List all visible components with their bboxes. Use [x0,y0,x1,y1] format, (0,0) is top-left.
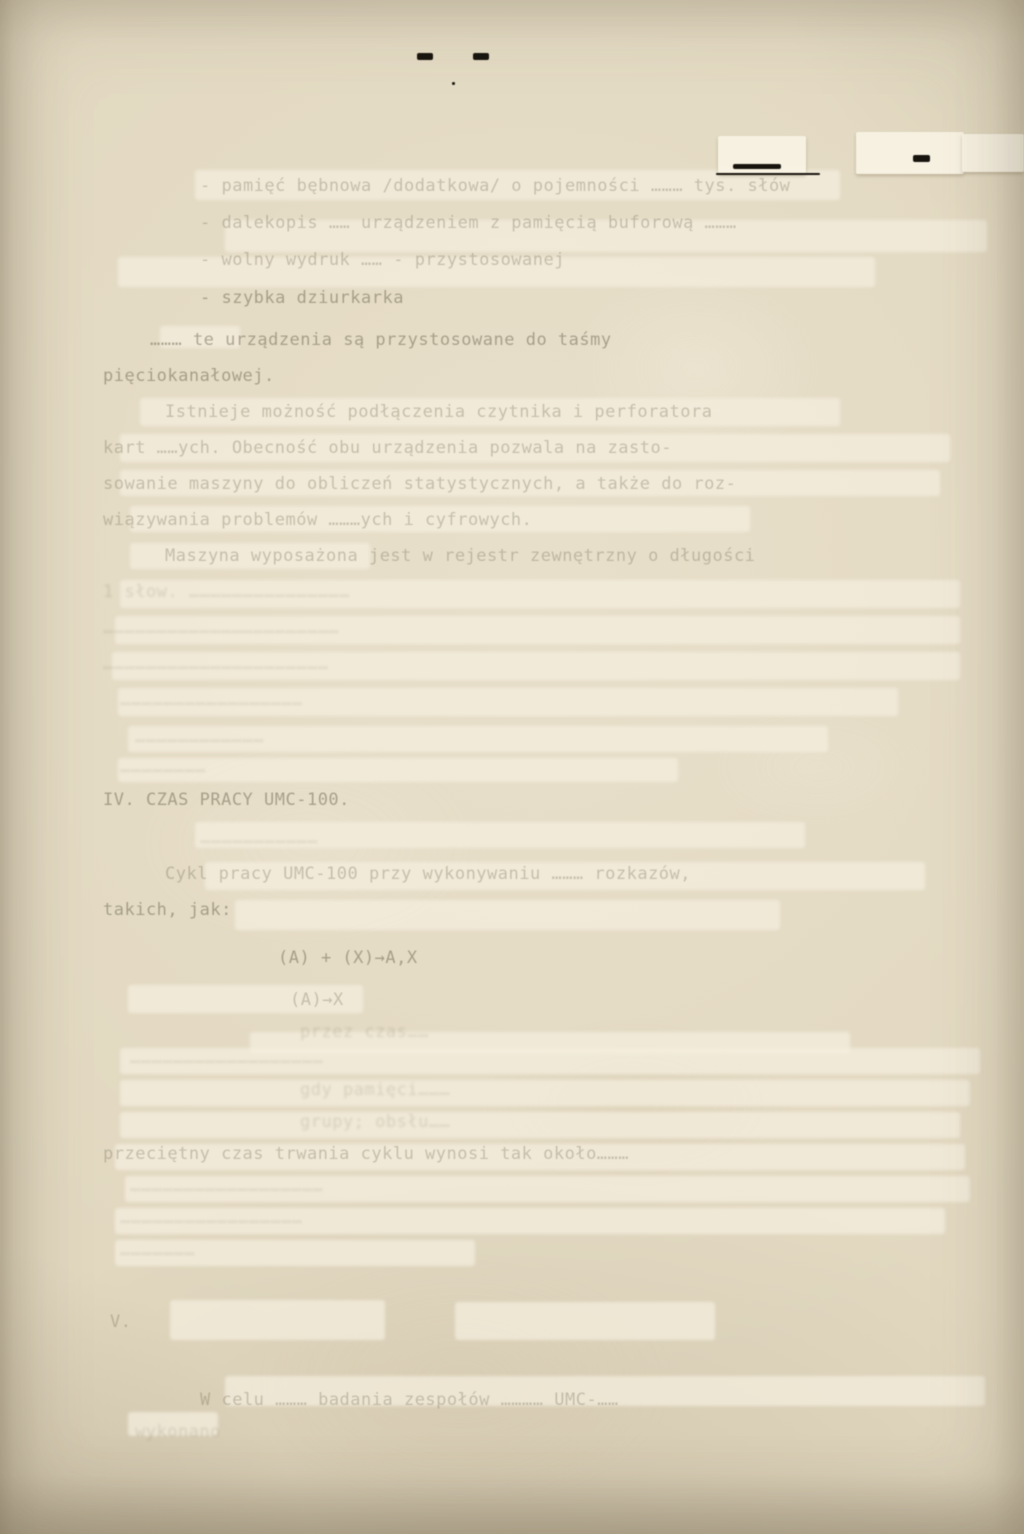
text-line: ……………………………………………… [130,1176,323,1196]
text-line: …………………………………………… [120,690,303,710]
text-line: ……………………………… [135,727,264,747]
text-line: Maszyna wyposażona jest w rejestr zewnęt… [165,546,755,566]
text-line: - szybka dziurkarka [200,288,404,308]
ghost-mark [170,1300,385,1340]
text-line: …………………… [120,757,206,777]
page-number-dash [417,53,433,60]
text-line: - wolny wydruk …… - przystosowanej [200,250,565,270]
ink-speck [452,82,455,85]
text-line: przeciętny czas trwania cyklu wynosi tak… [103,1144,629,1164]
text-line: Cykl pracy UMC-100 przy wykonywaniu ……… … [165,864,691,884]
ghost-mark [235,900,780,930]
ghost-mark [455,1302,715,1340]
correction-dash [733,164,781,169]
text-line: ………………………………………………………… [103,618,339,638]
correction-dash [913,155,930,162]
text-line: ……… te urządzenia są przystosowane do ta… [150,330,612,350]
text-line: takich, jak: [103,900,232,920]
text-line: V. [110,1312,131,1332]
text-line: sowanie maszyny do obliczeń statystyczny… [103,474,736,494]
text-line: …………………………………………… [120,1208,303,1228]
text-line: wiązywania problemów ………ych i cyfrowych. [103,510,532,530]
correction-dash [716,173,820,175]
text-line: (A) + (X)→A,X [278,948,418,968]
text-line: ………………… [120,1240,195,1260]
text-line: - dalekopis …… urządzeniem z pamięcią bu… [200,213,737,233]
text-line: gdy pamięci……… [300,1080,450,1100]
text-line: pięciokanałowej. [103,366,275,386]
text-line: przez czas…… [300,1022,429,1042]
text-line: ……………………………………………… [130,1048,323,1068]
text-line: kart ……ych. Obecność obu urządzenia pozw… [103,438,672,458]
text-line: W celu ……… badania zespołów ………… UMC-…… [200,1390,619,1410]
text-line: grupy; obsłu…… [300,1112,450,1132]
correction-patch [962,134,1024,172]
text-line: …………………………… [200,828,318,848]
page-number-dash [473,53,489,60]
document-scan-page: - pamięć bębnowa /dodatkowa/ o pojemnośc… [0,0,1024,1534]
text-line: (A)→X [290,990,344,1010]
ghost-mark [120,1080,970,1106]
text-line: IV. CZAS PRACY UMC-100. [103,790,350,810]
correction-patch [856,132,964,174]
text-line: 1 słow. ……………………………………… [103,582,350,602]
text-line: wykonano [135,1422,221,1442]
text-line: Istnieje możność podłączenia czytnika i … [165,402,712,422]
text-line: - pamięć bębnowa /dodatkowa/ o pojemnośc… [200,176,790,196]
text-line: ……………………………………………………… [103,654,328,674]
ghost-mark [120,1112,960,1138]
